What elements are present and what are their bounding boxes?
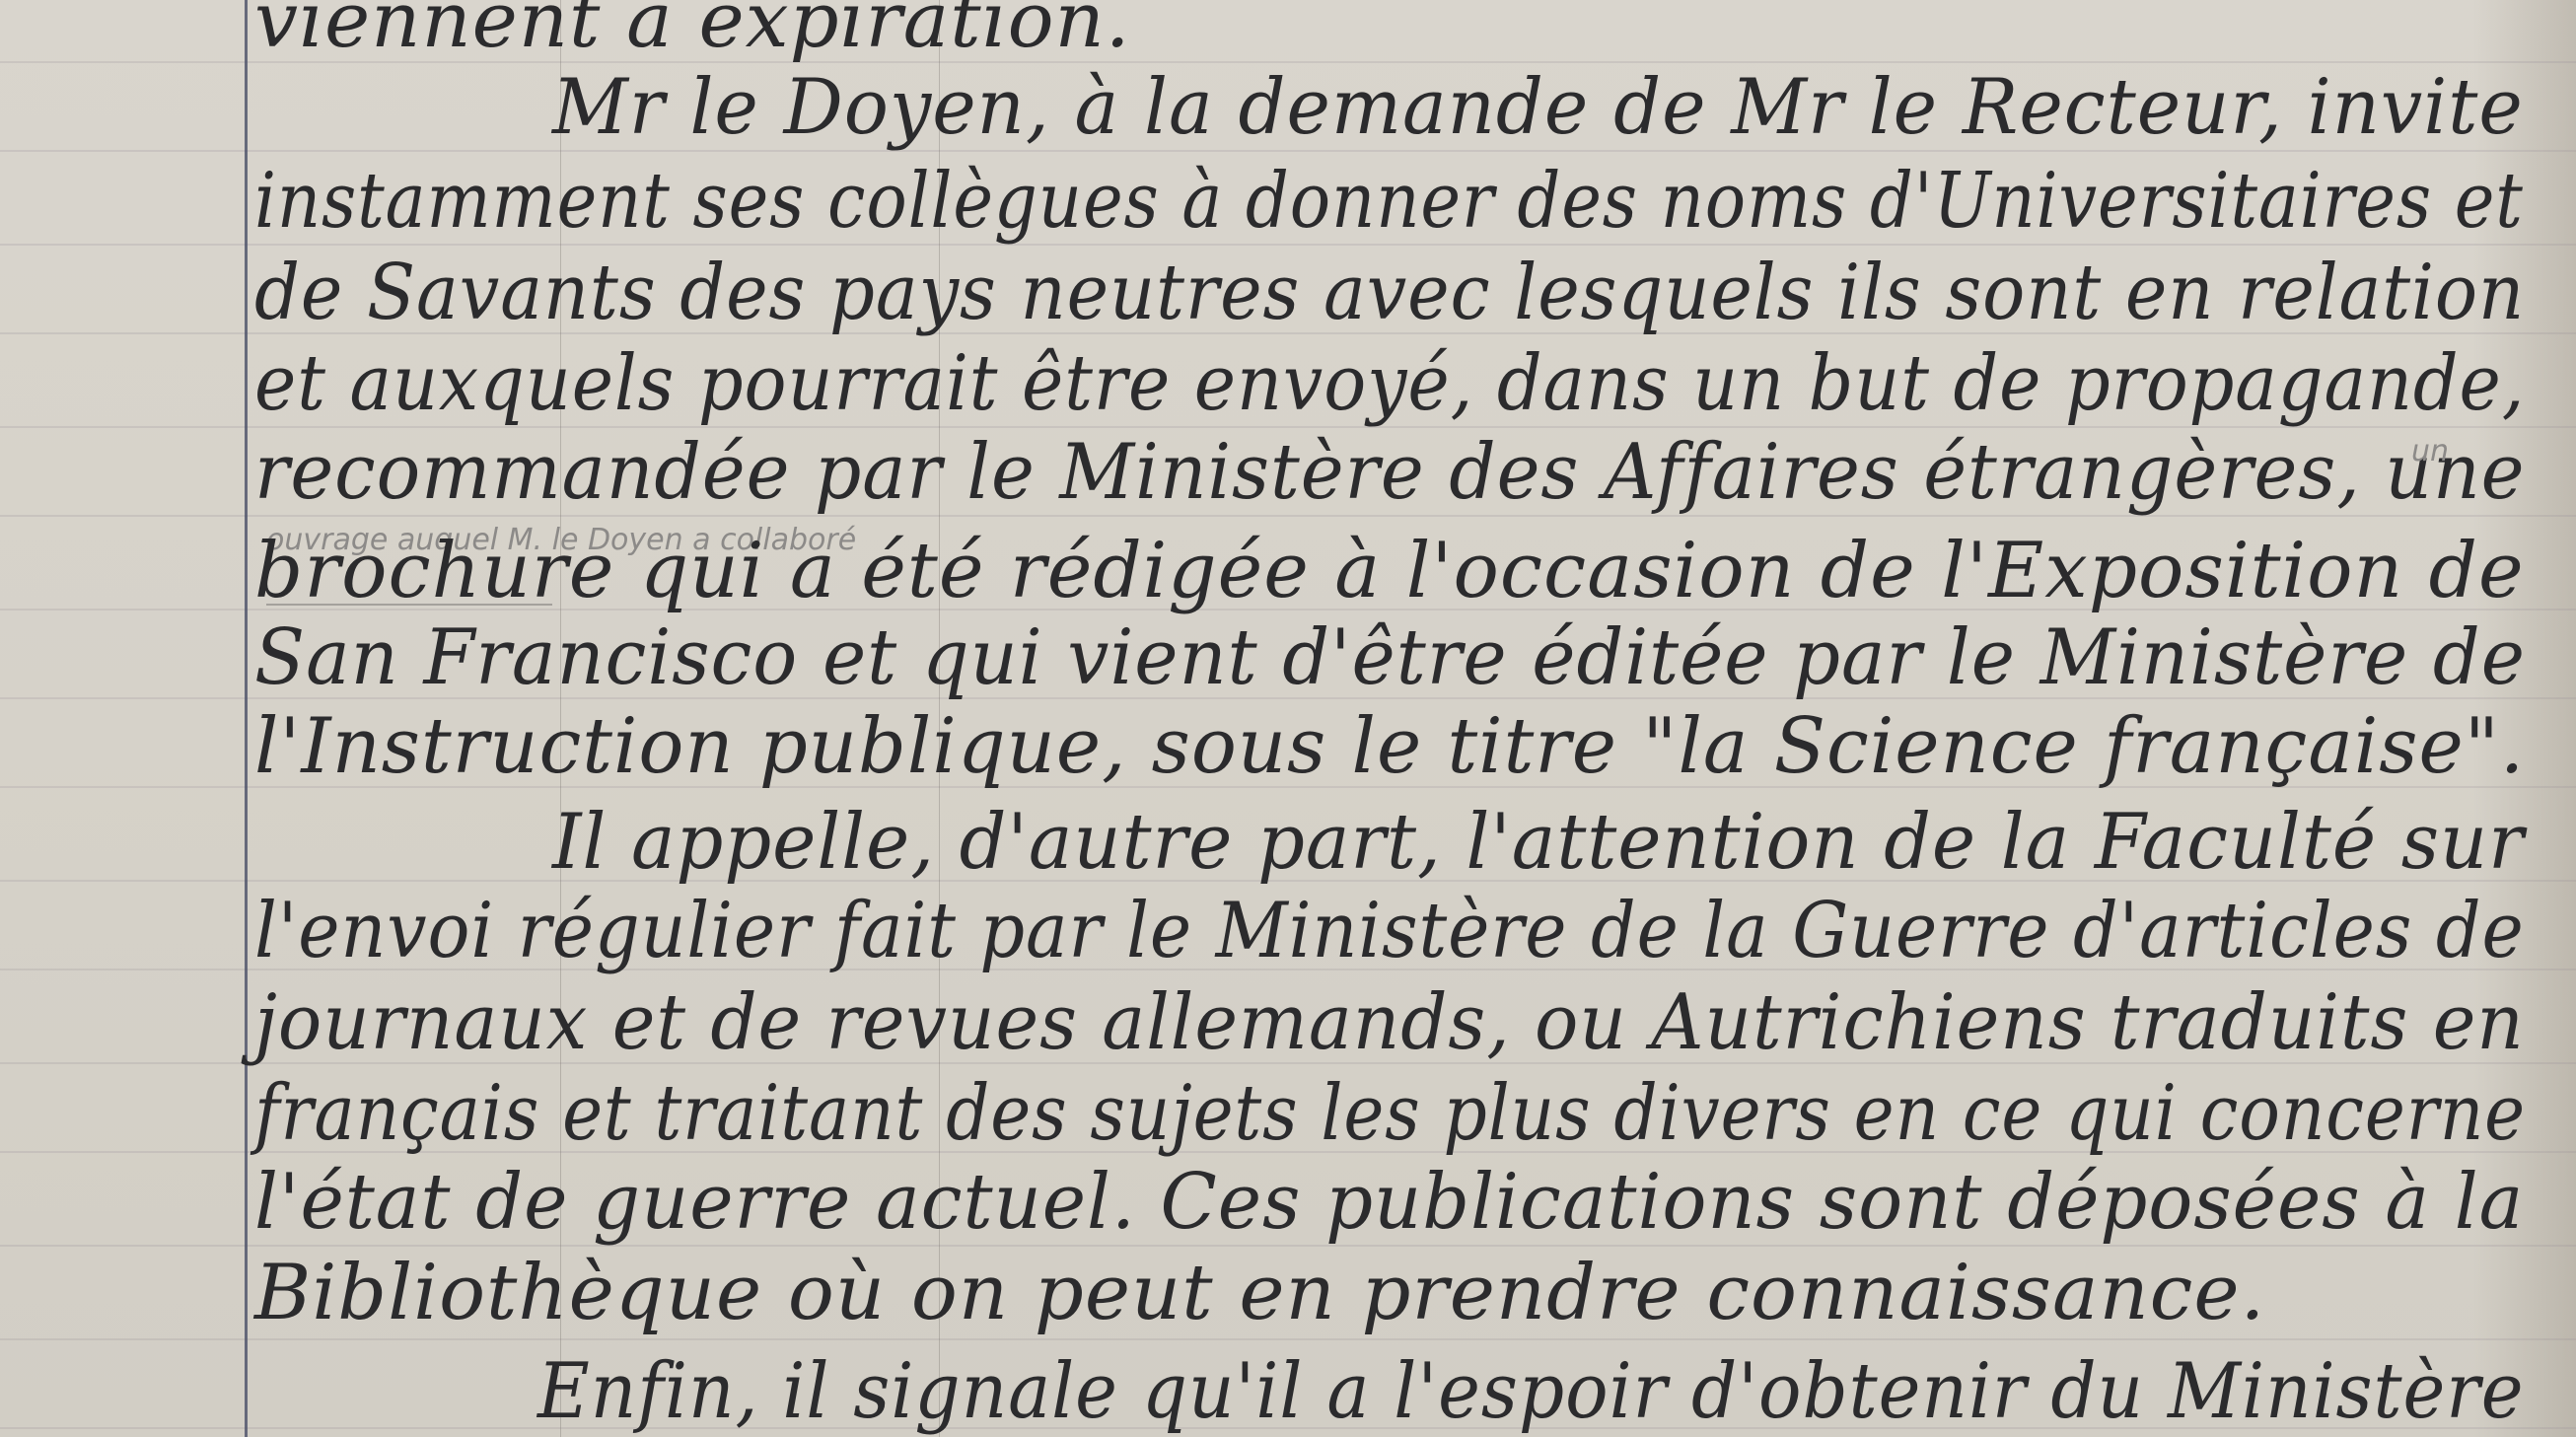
text-line-7: brochure qui a été rédigée à l'occasion … — [254, 533, 2525, 610]
text-line-8: San Francisco et qui vient d'être éditée… — [254, 619, 2526, 696]
register-page: viennent à expiration. Mr le Doyen, à la… — [0, 0, 2576, 1437]
text-line-11: l'envoi régulier fait par le Ministère d… — [254, 893, 2525, 970]
text-line-1: viennent à expiration. — [254, 0, 1131, 59]
text-line-15: Bibliothèque où on peut en prendre conna… — [254, 1255, 2265, 1331]
text-line-14: l'état de guerre actuel. Ces publication… — [254, 1164, 2524, 1241]
pencil-correction-un: un — [2411, 434, 2449, 468]
text-line-3: instamment ses collègues à donner des no… — [254, 163, 2524, 240]
text-line-9: l'Instruction publique, sous le titre "l… — [254, 708, 2525, 785]
text-line-5: et auxquels pourrait être envoyé, dans u… — [254, 345, 2525, 422]
text-line-2: Mr le Doyen, à la demande de Mr le Recte… — [552, 69, 2524, 146]
margin-line — [245, 0, 248, 1437]
ruled-line — [0, 1338, 2576, 1340]
pencil-underline — [266, 604, 552, 606]
text-line-12: journaux et de revues allemands, ou Autr… — [254, 984, 2525, 1061]
text-line-10: Il appelle, d'autre part, l'attention de… — [552, 804, 2525, 881]
text-line-4: de Savants des pays neutres avec lesquel… — [254, 254, 2525, 331]
text-line-13: français et traitant des sujets les plus… — [254, 1075, 2526, 1152]
text-line-16: Enfin, il signale qu'il a l'espoir d'obt… — [537, 1353, 2524, 1430]
text-line-6: recommandée par le Ministère des Affaire… — [254, 434, 2525, 511]
